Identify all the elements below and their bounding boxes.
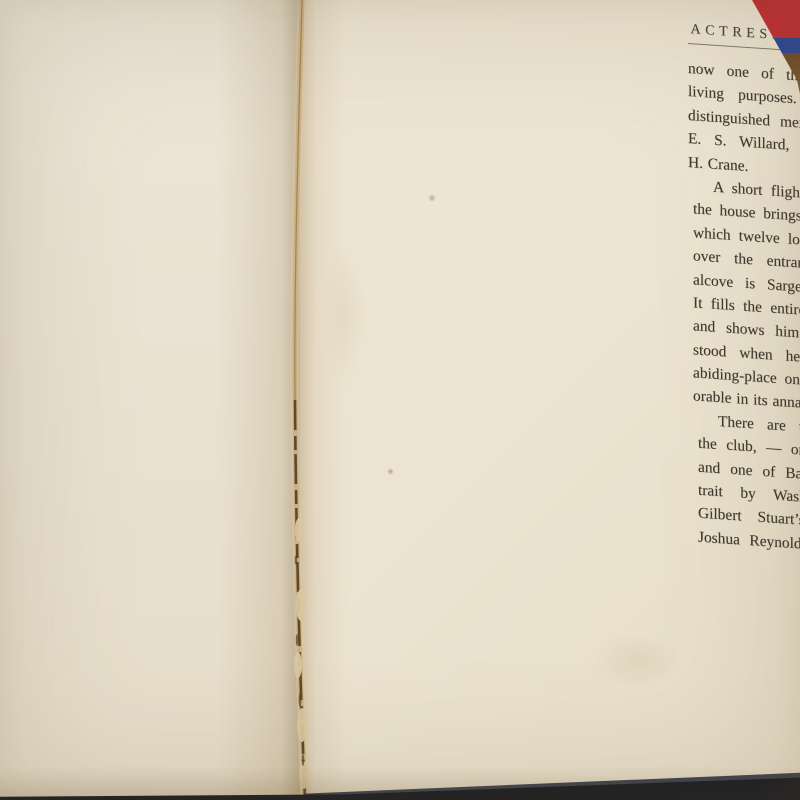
right-text-page: ACTRESSES & THEIR HOMES now one of the r… (300, 0, 800, 800)
paragraph: There are two other Sargent portraits in… (698, 409, 800, 570)
page-number: [ 353 ] (688, 551, 800, 589)
left-blank-page (0, 0, 302, 800)
page-gutter-deckle-edge (278, 0, 322, 800)
paragraph: A short flight of steps from the entranc… (693, 174, 800, 429)
printed-text-block: ACTRESSES & THEIR HOMES now one of the r… (688, 22, 800, 589)
open-book-photo: ACTRESSES & THEIR HOMES now one of the r… (0, 0, 800, 800)
